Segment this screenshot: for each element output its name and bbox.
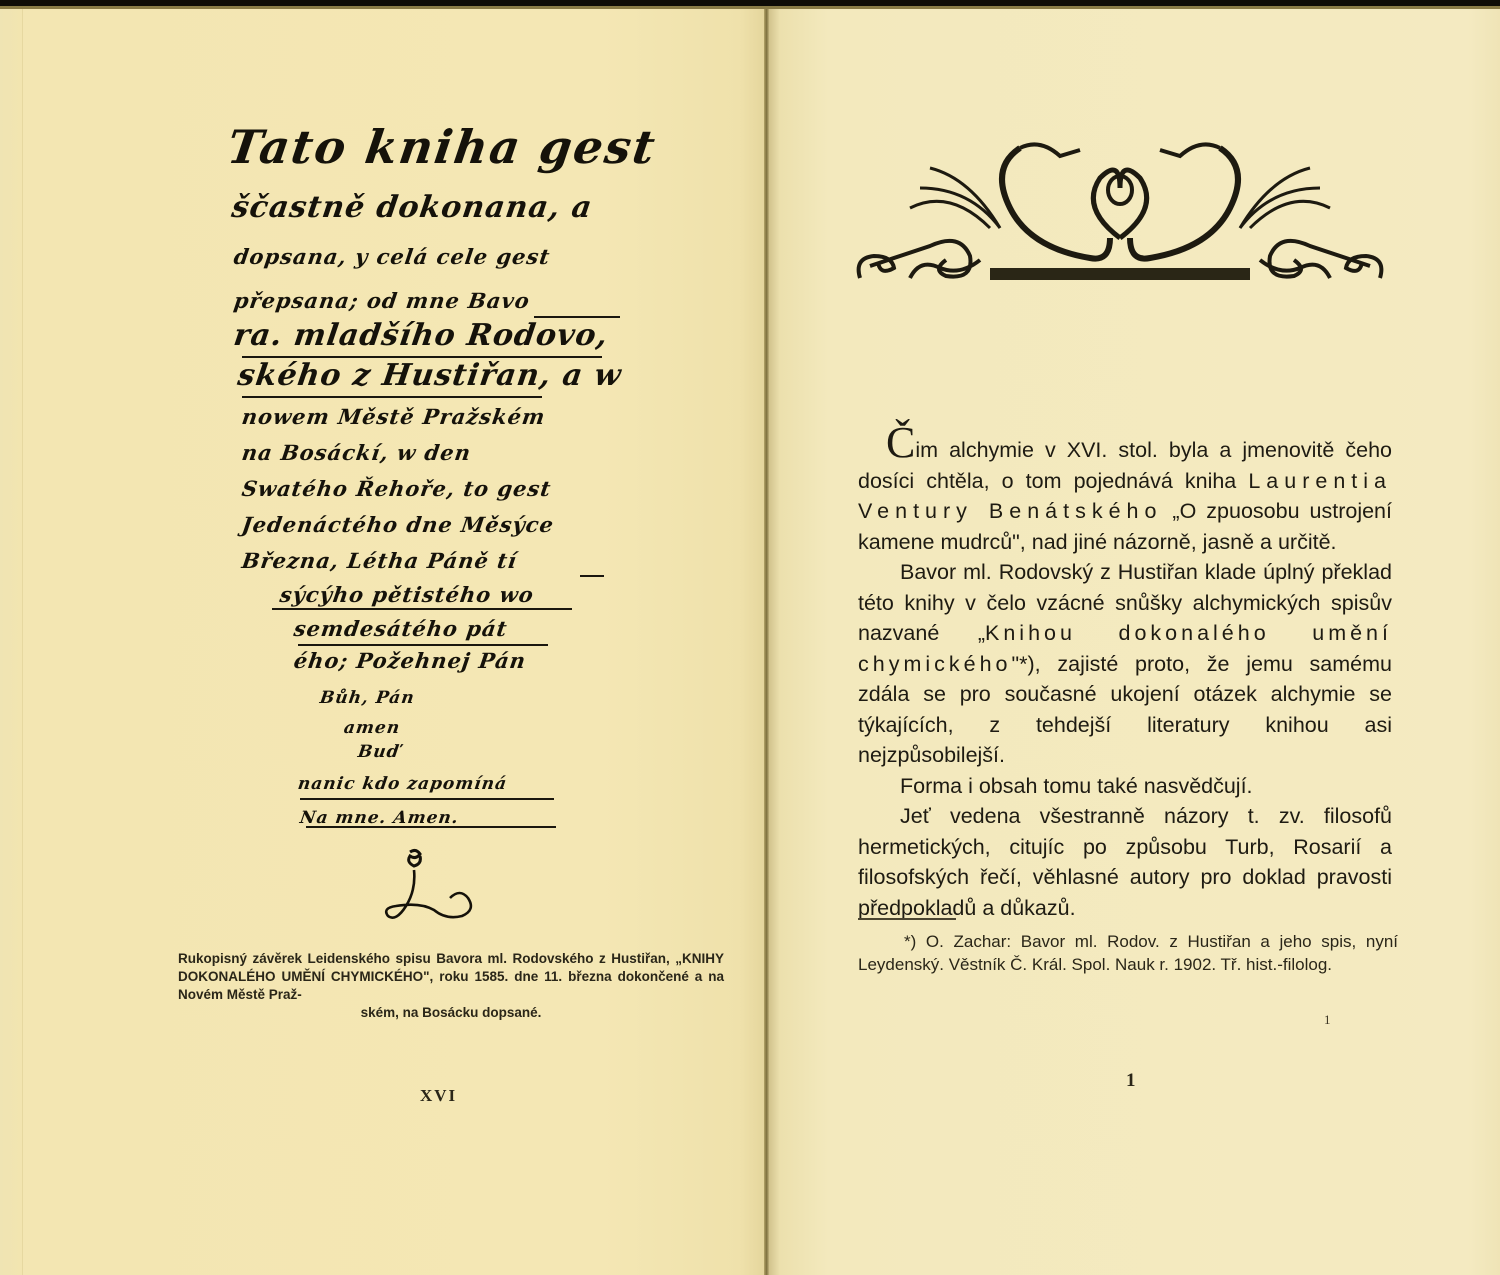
manuscript-line: amen bbox=[343, 718, 402, 738]
caption-line: ském, na Bosácku dopsané. bbox=[178, 1004, 724, 1022]
footnote: *) O. Zachar: Bavor ml. Rodov. z Hustiřa… bbox=[858, 930, 1398, 976]
manuscript-underline bbox=[306, 826, 556, 828]
manuscript-line: dopsana, y celá cele gest bbox=[232, 244, 552, 269]
monogram-flourish-icon bbox=[378, 848, 478, 940]
manuscript-line: Bůh, Pán bbox=[319, 688, 416, 708]
manuscript-underline bbox=[242, 396, 542, 398]
caption-line: Rukopisný závěrek Leidenského spisu Bavo… bbox=[178, 951, 594, 966]
manuscript-underline bbox=[300, 798, 554, 800]
paragraph: Jeť vedena všestranně názory t. zv. filo… bbox=[858, 801, 1392, 923]
manuscript-line: ra. mladšího Rodovo, bbox=[232, 318, 611, 353]
left-page-edge bbox=[0, 9, 23, 1275]
manuscript-line: Na mne. Amen. bbox=[299, 808, 461, 828]
manuscript-line: na Bosáckí, w den bbox=[240, 440, 473, 465]
manuscript-line: nanic kdo zapomíná bbox=[297, 774, 509, 794]
page-number-right: 1 bbox=[1126, 1070, 1136, 1092]
manuscript-line: Jedenáctého dne Měsýce bbox=[240, 512, 556, 537]
manuscript-line: Swatého Řehoře, to gest bbox=[240, 476, 553, 501]
book-gutter bbox=[764, 9, 769, 1275]
decorative-headpiece-icon bbox=[850, 128, 1390, 298]
paragraph: Bavor ml. Rodovský z Hustiřan klade úpln… bbox=[858, 557, 1392, 771]
manuscript-underline bbox=[580, 575, 604, 577]
paragraph: Forma i obsah tomu také nasvědčují. bbox=[858, 771, 1392, 802]
signature-mark: 1 bbox=[1324, 1012, 1331, 1028]
manuscript-line: semdesátého pát bbox=[292, 616, 509, 641]
manuscript-line: nowem Městě Pražském bbox=[240, 404, 547, 429]
manuscript-line: Tato kniha gest bbox=[224, 120, 660, 174]
footnote-rule bbox=[858, 918, 956, 920]
manuscript-line: ščastně dokonana, a bbox=[230, 190, 595, 225]
manuscript-line: ého; Požehnej Pán bbox=[292, 648, 528, 673]
drop-cap: Č bbox=[886, 418, 915, 467]
manuscript-line: sýcýho pětistého wo bbox=[278, 582, 535, 607]
manuscript-line: Buď bbox=[357, 742, 401, 762]
figure-caption: Rukopisný závěrek Leidenského spisu Bavo… bbox=[178, 950, 724, 1022]
manuscript-line: Března, Létha Páně tí bbox=[240, 548, 519, 573]
footnote-text: *) O. Zachar: Bavor ml. Rodov. z Hustiřa… bbox=[858, 932, 1398, 974]
manuscript-facsimile: Tato kniha gest ščastně dokonana, a dops… bbox=[228, 120, 628, 940]
paragraph: Čim alchymie v XVI. stol. byla a jmenovi… bbox=[858, 428, 1392, 557]
manuscript-underline bbox=[272, 608, 572, 610]
manuscript-underline bbox=[298, 644, 548, 646]
page-number-left: XVI bbox=[420, 1086, 457, 1106]
manuscript-line: přepsana; od mne Bavo bbox=[232, 288, 531, 313]
manuscript-line: ského z Hustiřan, a w bbox=[236, 358, 624, 393]
body-text: Čim alchymie v XVI. stol. byla a jmenovi… bbox=[858, 428, 1392, 923]
book-top-edge bbox=[0, 0, 1500, 9]
